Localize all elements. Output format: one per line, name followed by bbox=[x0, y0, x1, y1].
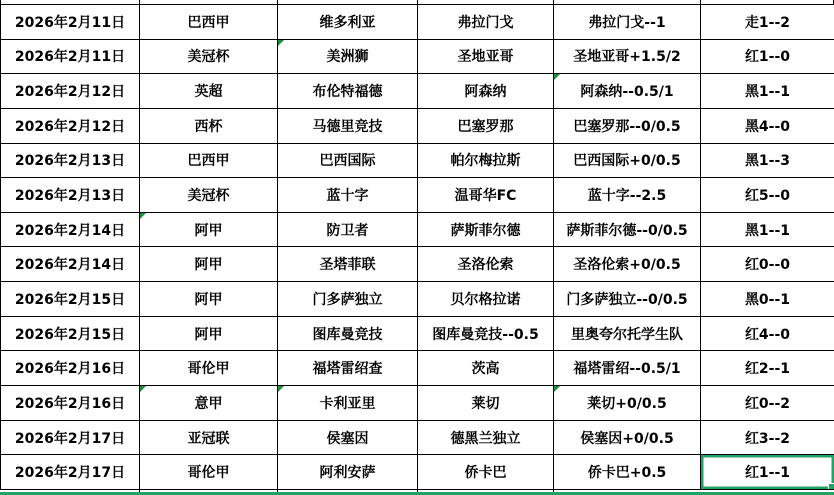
cell-league[interactable]: 亚冠联 bbox=[140, 420, 278, 455]
cell-home-team[interactable]: 侯塞因 bbox=[278, 420, 418, 455]
cell-result[interactable]: 黑0--1 bbox=[701, 282, 834, 317]
fill-handle[interactable] bbox=[828, 483, 834, 490]
cell-handicap[interactable]: 侨卡巴+0.5 bbox=[554, 455, 701, 490]
cell-away-team[interactable]: 贝尔格拉诺 bbox=[418, 282, 554, 317]
cell-date[interactable]: 2026年2月11日 bbox=[1, 39, 140, 74]
cell-league[interactable]: 美冠杯 bbox=[140, 39, 278, 74]
table-row: 2026年2月15日 阿甲 门多萨独立 贝尔格拉诺 门多萨独立--0/0.5 黑… bbox=[1, 282, 834, 317]
table-row: 2026年2月12日 西杯 马德里竞技 巴塞罗那 巴塞罗那--0/0.5 黑4-… bbox=[1, 108, 834, 143]
table-row: 2026年2月13日 巴西甲 巴西国际 帕尔梅拉斯 巴西国际+0/0.5 黑1-… bbox=[1, 143, 834, 178]
cell-result[interactable]: 红4--0 bbox=[701, 316, 834, 351]
spreadsheet-viewport: 2026年2月11日 巴西甲 维多利亚 弗拉门戈 弗拉门戈--1 走1--2 2… bbox=[0, 0, 834, 495]
table-row: 2026年2月16日 意甲 卡利亚里 莱切 莱切+0/0.5 红0--2 bbox=[1, 386, 834, 421]
error-indicator-triangle bbox=[140, 386, 146, 392]
error-indicator-triangle bbox=[278, 386, 284, 392]
cell-handicap[interactable]: 门多萨独立--0/0.5 bbox=[554, 282, 701, 317]
cell-home-team[interactable]: 卡利亚里 bbox=[278, 386, 418, 421]
cell-home-team[interactable]: 巴西国际 bbox=[278, 143, 418, 178]
cell-result[interactable]: 红1--0 bbox=[701, 39, 834, 74]
cell-home-team[interactable]: 圣塔菲联 bbox=[278, 247, 418, 282]
cell-handicap[interactable]: 里奥夸尔托学生队 bbox=[554, 316, 701, 351]
cell-handicap[interactable]: 圣地亚哥+1.5/2 bbox=[554, 39, 701, 74]
cell-away-team[interactable]: 茨高 bbox=[418, 351, 554, 386]
cell-date[interactable]: 2026年2月11日 bbox=[1, 5, 140, 40]
cell-result[interactable]: 红1--1 bbox=[701, 455, 834, 490]
cell-home-team[interactable]: 马德里竞技 bbox=[278, 108, 418, 143]
table-row: 2026年2月14日 阿甲 圣塔菲联 圣洛伦索 圣洛伦索+0/0.5 红0--0 bbox=[1, 247, 834, 282]
cell-away-team[interactable]: 萨斯菲尔德 bbox=[418, 212, 554, 247]
cell-away-team[interactable]: 帕尔梅拉斯 bbox=[418, 143, 554, 178]
cell-handicap[interactable]: 侯塞因+0/0.5 bbox=[554, 420, 701, 455]
cell-home-team[interactable]: 维多利亚 bbox=[278, 5, 418, 40]
cell-result[interactable]: 红0--0 bbox=[701, 247, 834, 282]
cell-away-team[interactable]: 弗拉门戈 bbox=[418, 5, 554, 40]
cell-date[interactable]: 2026年2月16日 bbox=[1, 386, 140, 421]
table-row: 2026年2月12日 英超 布伦特福德 阿森纳 阿森纳--0.5/1 黑1--1 bbox=[1, 74, 834, 109]
cell-date[interactable]: 2026年2月12日 bbox=[1, 108, 140, 143]
cell-home-team[interactable]: 布伦特福德 bbox=[278, 74, 418, 109]
cell-home-team[interactable]: 图库曼竞技 bbox=[278, 316, 418, 351]
cell-handicap[interactable]: 巴塞罗那--0/0.5 bbox=[554, 108, 701, 143]
error-indicator-triangle bbox=[554, 74, 560, 80]
cell-handicap[interactable]: 阿森纳--0.5/1 bbox=[554, 74, 701, 109]
cell-league[interactable]: 巴西甲 bbox=[140, 5, 278, 40]
cell-away-team[interactable]: 温哥华FC bbox=[418, 178, 554, 213]
cell-handicap[interactable]: 萨斯菲尔德--0/0.5 bbox=[554, 212, 701, 247]
cell-league[interactable]: 阿甲 bbox=[140, 212, 278, 247]
cell-home-team[interactable]: 阿利安萨 bbox=[278, 455, 418, 490]
table-row: 2026年2月14日 阿甲 防卫者 萨斯菲尔德 萨斯菲尔德--0/0.5 黑1-… bbox=[1, 212, 834, 247]
cell-date[interactable]: 2026年2月12日 bbox=[1, 74, 140, 109]
cell-handicap[interactable]: 弗拉门戈--1 bbox=[554, 5, 701, 40]
cell-date[interactable]: 2026年2月14日 bbox=[1, 212, 140, 247]
cell-home-team[interactable]: 福塔雷绍查 bbox=[278, 351, 418, 386]
cell-date[interactable]: 2026年2月17日 bbox=[1, 455, 140, 490]
cell-date[interactable]: 2026年2月15日 bbox=[1, 282, 140, 317]
cell-away-team[interactable]: 圣洛伦索 bbox=[418, 247, 554, 282]
cell-league[interactable]: 阿甲 bbox=[140, 282, 278, 317]
cell-away-team[interactable]: 阿森纳 bbox=[418, 74, 554, 109]
cell-result[interactable]: 黑1--3 bbox=[701, 143, 834, 178]
cell-date[interactable]: 2026年2月17日 bbox=[1, 420, 140, 455]
cell-result[interactable]: 黑4--0 bbox=[701, 108, 834, 143]
error-indicator-triangle bbox=[554, 386, 560, 392]
cell-league[interactable]: 哥伦甲 bbox=[140, 455, 278, 490]
cell-handicap[interactable]: 蓝十字--2.5 bbox=[554, 178, 701, 213]
cell-handicap[interactable]: 福塔雷绍--0.5/1 bbox=[554, 351, 701, 386]
cell-date[interactable]: 2026年2月13日 bbox=[1, 143, 140, 178]
green-divider-line bbox=[0, 492, 834, 495]
table-row: 2026年2月11日 巴西甲 维多利亚 弗拉门戈 弗拉门戈--1 走1--2 bbox=[1, 5, 834, 40]
cell-result[interactable]: 红3--2 bbox=[701, 420, 834, 455]
table-row: 2026年2月17日 哥伦甲 阿利安萨 侨卡巴 侨卡巴+0.5 红1--1 bbox=[1, 455, 834, 490]
table-row: 2026年2月17日 亚冠联 侯塞因 德黑兰独立 侯塞因+0/0.5 红3--2 bbox=[1, 420, 834, 455]
error-indicator-triangle bbox=[278, 40, 284, 46]
cell-away-team[interactable]: 图库曼竞技--0.5 bbox=[418, 316, 554, 351]
table-row: 2026年2月16日 哥伦甲 福塔雷绍查 茨高 福塔雷绍--0.5/1 红2--… bbox=[1, 351, 834, 386]
table-row: 2026年2月15日 阿甲 图库曼竞技 图库曼竞技--0.5 里奥夸尔托学生队 … bbox=[1, 316, 834, 351]
cell-home-team[interactable]: 蓝十字 bbox=[278, 178, 418, 213]
cell-result[interactable]: 红0--2 bbox=[701, 386, 834, 421]
cell-away-team[interactable]: 圣地亚哥 bbox=[418, 39, 554, 74]
cell-date[interactable]: 2026年2月14日 bbox=[1, 247, 140, 282]
cell-away-team[interactable]: 巴塞罗那 bbox=[418, 108, 554, 143]
cell-result[interactable]: 黑1--1 bbox=[701, 74, 834, 109]
table-row: 2026年2月13日 美冠杯 蓝十字 温哥华FC 蓝十字--2.5 红5--0 bbox=[1, 178, 834, 213]
cell-result[interactable]: 走1--2 bbox=[701, 5, 834, 40]
cell-date[interactable]: 2026年2月13日 bbox=[1, 178, 140, 213]
cell-date[interactable]: 2026年2月16日 bbox=[1, 351, 140, 386]
matches-table: 2026年2月11日 巴西甲 维多利亚 弗拉门戈 弗拉门戈--1 走1--2 2… bbox=[0, 4, 834, 490]
cell-away-team[interactable]: 侨卡巴 bbox=[418, 455, 554, 490]
cell-league[interactable]: 意甲 bbox=[140, 386, 278, 421]
cell-league[interactable]: 西杯 bbox=[140, 108, 278, 143]
cell-result[interactable]: 红2--1 bbox=[701, 351, 834, 386]
cell-home-team[interactable]: 防卫者 bbox=[278, 212, 418, 247]
cell-away-team[interactable]: 德黑兰独立 bbox=[418, 420, 554, 455]
cell-league[interactable]: 巴西甲 bbox=[140, 143, 278, 178]
cell-league[interactable]: 阿甲 bbox=[140, 247, 278, 282]
cell-home-team[interactable]: 美洲狮 bbox=[278, 39, 418, 74]
cell-handicap[interactable]: 巴西国际+0/0.5 bbox=[554, 143, 701, 178]
table-row: 2026年2月11日 美冠杯 美洲狮 圣地亚哥 圣地亚哥+1.5/2 红1--0 bbox=[1, 39, 834, 74]
cell-handicap[interactable]: 圣洛伦索+0/0.5 bbox=[554, 247, 701, 282]
cell-handicap[interactable]: 莱切+0/0.5 bbox=[554, 386, 701, 421]
cell-result[interactable]: 黑1--1 bbox=[701, 212, 834, 247]
cell-league[interactable]: 英超 bbox=[140, 74, 278, 109]
cell-result[interactable]: 红5--0 bbox=[701, 178, 834, 213]
cell-date[interactable]: 2026年2月15日 bbox=[1, 316, 140, 351]
error-indicator-triangle bbox=[140, 213, 146, 219]
cell-league[interactable]: 哥伦甲 bbox=[140, 351, 278, 386]
cell-away-team[interactable]: 莱切 bbox=[418, 386, 554, 421]
cell-league[interactable]: 美冠杯 bbox=[140, 178, 278, 213]
cell-home-team[interactable]: 门多萨独立 bbox=[278, 282, 418, 317]
cell-league[interactable]: 阿甲 bbox=[140, 316, 278, 351]
